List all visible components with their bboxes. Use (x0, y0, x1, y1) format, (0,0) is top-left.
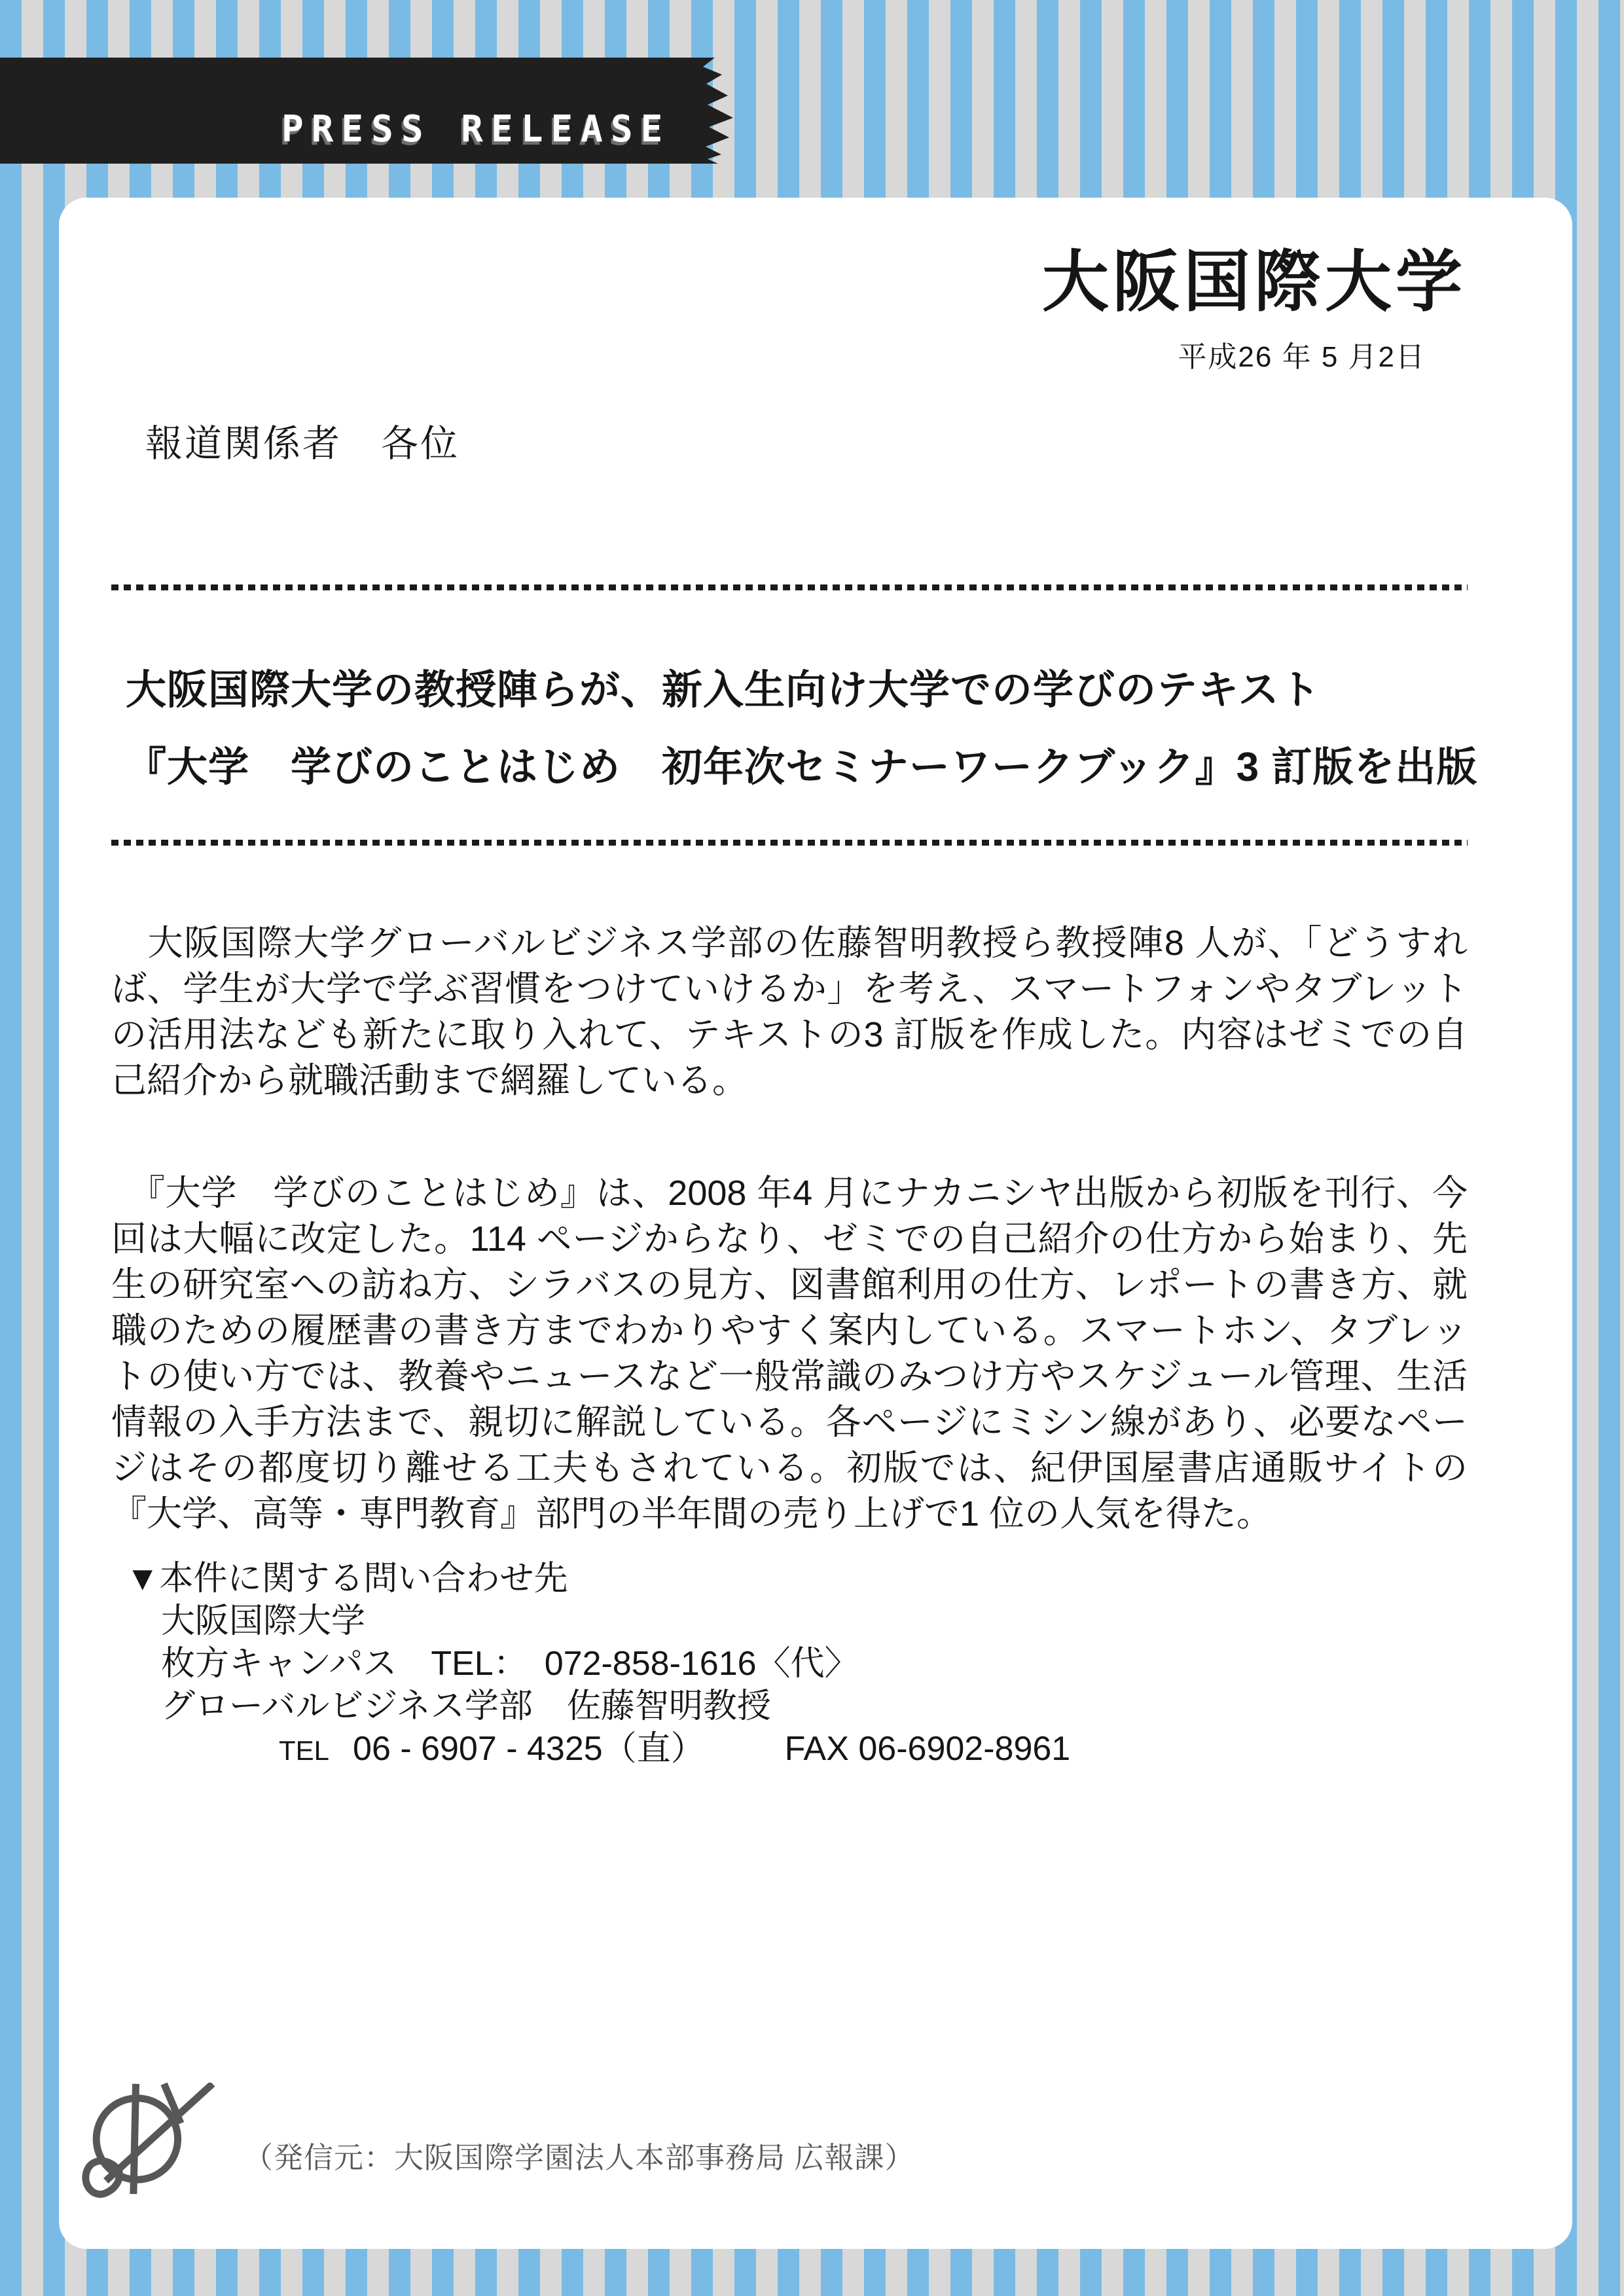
press-release-banner: PRESS RELEASE (0, 58, 736, 164)
headline-line-1: 大阪国際大学の教授陣らが、新入生向け大学での学びのテキスト (126, 652, 1533, 729)
university-logo-mark (82, 2083, 226, 2202)
contact-organization: 大阪国際大学 (126, 1600, 1070, 1643)
headline: 大阪国際大学の教授陣らが、新入生向け大学での学びのテキスト 『大学 学びのことは… (126, 652, 1533, 806)
fax-number: FAX 06-6902-8961 (785, 1730, 1071, 1768)
tel-label: TEL (279, 1735, 329, 1766)
recipient-line: 報道関係者 各位 (145, 425, 460, 463)
contact-campus-line: 枚方キャンパス TEL： 072-858-1616〈代〉 (126, 1643, 1070, 1685)
source-attribution: （発信元：大阪国際学園法人本部事務局 広報課） (244, 2134, 915, 2176)
contact-heading: ▼本件に関する問い合わせ先 (126, 1558, 1070, 1600)
release-date: 平成26 年 5 月2日 (1178, 343, 1426, 372)
university-logo-icon (82, 2083, 226, 2202)
contact-department-line: グローバルビジネス学部 佐藤智明教授 (126, 1685, 1070, 1728)
dashed-divider-bottom (111, 840, 1468, 846)
dashed-divider-top (111, 584, 1468, 590)
content-sheet: 大阪国際大学 平成26 年 5 月2日 報道関係者 各位 大阪国際大学の教授陣ら… (59, 198, 1572, 2249)
tel-number: 06 - 6907 - 4325（直） (353, 1730, 705, 1768)
university-name: 大阪国際大学 (1042, 249, 1466, 315)
body-paragraph-1: 大阪国際大学グローバルビジネス学部の佐藤智明教授ら教授陣8 人が、「どうすれば、… (111, 920, 1468, 1103)
body-paragraph-2: 『大学 学びのことはじめ』は、2008 年4 月にナカニシヤ出版から初版を刊行、… (111, 1170, 1468, 1537)
contact-phone-line: TEL06 - 6907 - 4325（直）FAX 06-6902-8961 (126, 1728, 1070, 1772)
press-release-page: PRESS RELEASE 大阪国際大学 平成26 年 5 月2日 報道関係者 … (0, 0, 1624, 2296)
press-release-banner-label: PRESS RELEASE (281, 111, 670, 148)
headline-line-2: 『大学 学びのことはじめ 初年次セミナーワークブック』3 訂版を出版 (126, 729, 1533, 806)
contact-block: ▼本件に関する問い合わせ先 大阪国際大学 枚方キャンパス TEL： 072-85… (126, 1558, 1070, 1772)
